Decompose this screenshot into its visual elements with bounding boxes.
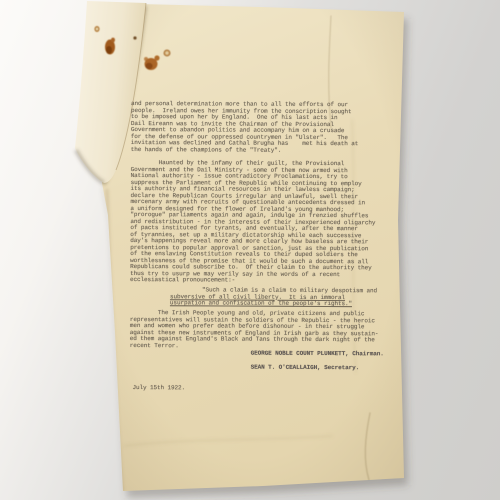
paragraph-irish-people: The Irish People young and old, private …: [130, 310, 379, 350]
quotation-underlined-lines: subversive of all civil liberty. It is a…: [170, 294, 352, 308]
photograph-of-document: and personal determination more than to …: [0, 0, 500, 500]
signature-chairman: GEORGE NOBLE COUNT PLUNKETT, Chairman.: [251, 351, 384, 358]
paragraph-opening: and personal determination more than to …: [131, 101, 359, 154]
signature-secretary: SEAN T. O'CEALLAIGH, Secretary.: [251, 365, 360, 372]
typewritten-text-layer: and personal determination more than to …: [0, 0, 500, 500]
paragraph-provisional-government: Haunted by the infamy of their guilt, th…: [130, 160, 376, 285]
date-line: July 15th 1922.: [132, 385, 185, 392]
